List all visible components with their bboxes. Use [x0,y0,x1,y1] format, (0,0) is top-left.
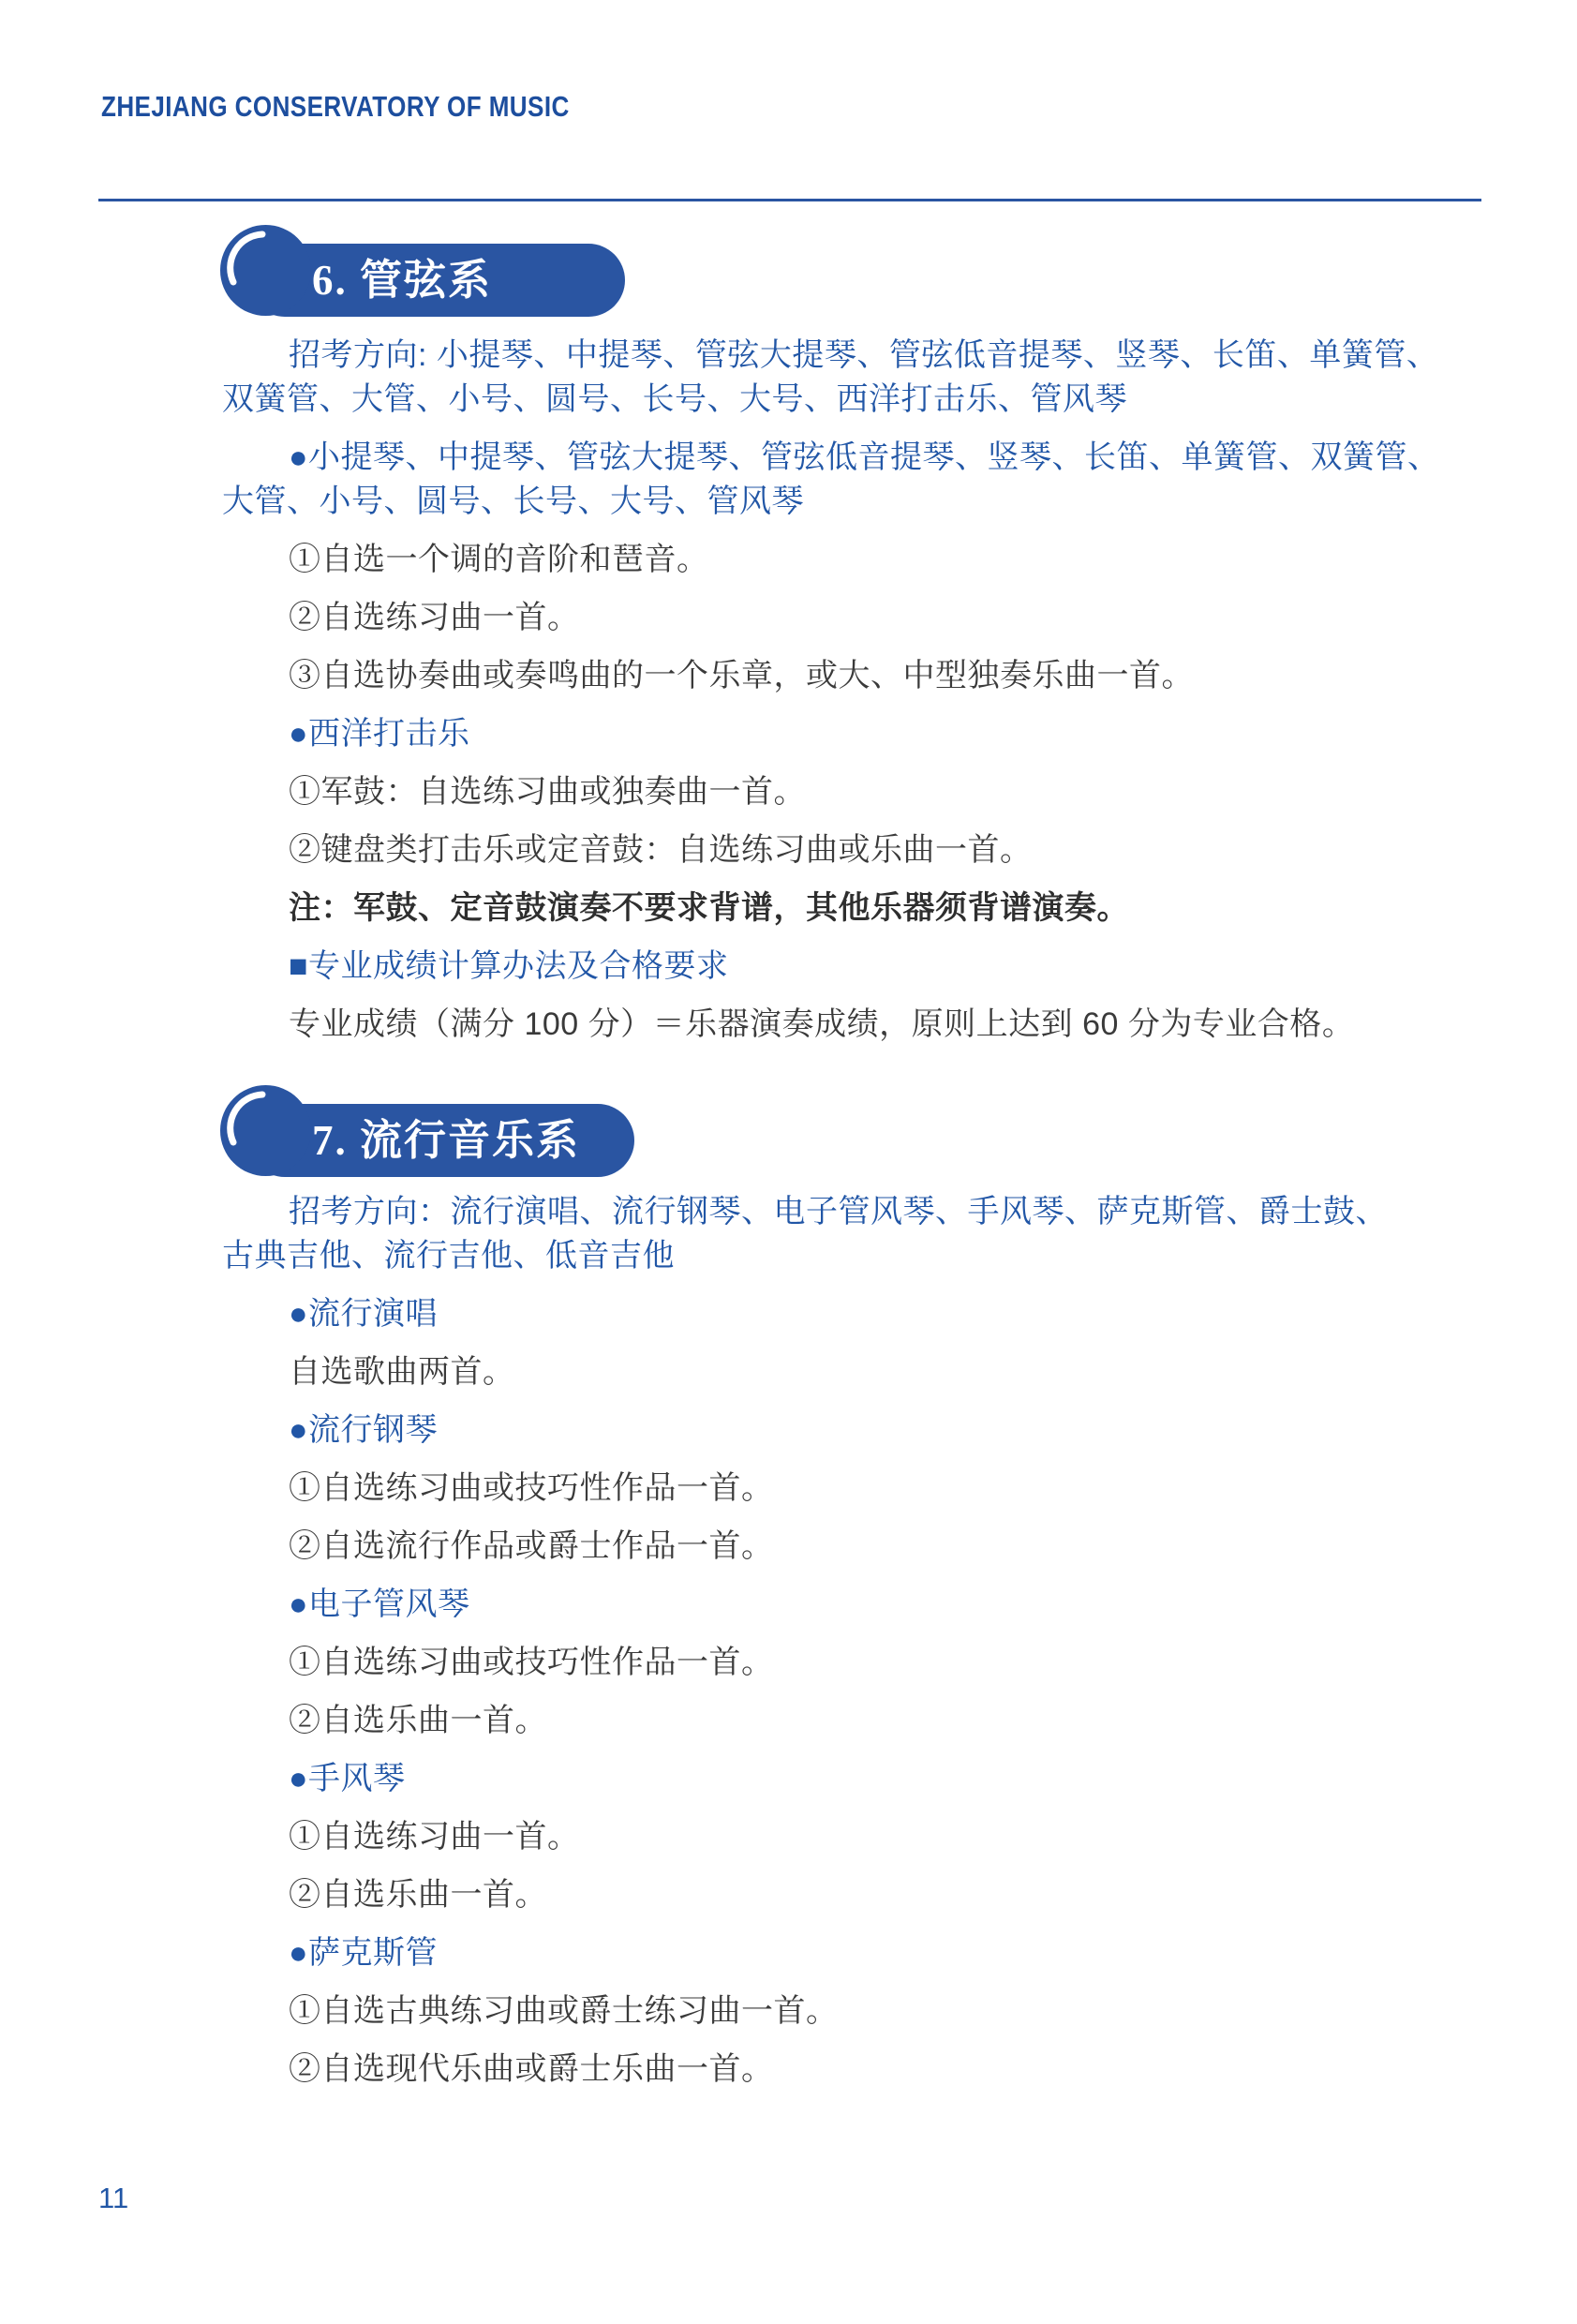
bullet-heading: ●手风琴 [222,1757,1534,1801]
bullet-heading: ●小提琴、中提琴、管弦大提琴、管弦低音提琴、竖琴、长笛、单簧管、双簧管、 大管、… [222,436,1534,524]
score-rule-heading: ■专业成绩计算办法及合格要求 [222,945,1534,989]
bullet-heading: ●流行钢琴 [222,1408,1534,1452]
header-divider [98,199,1481,201]
header-title: ZHEJIANG CONSERVATORY OF MUSIC [101,90,570,124]
requirement-item: ①自选练习曲或技巧性作品一首。 [222,1467,1534,1511]
requirement-item: ②自选流行作品或爵士作品一首。 [222,1525,1534,1569]
page-number: 11 [98,2183,128,2212]
requirement-item: ②自选练习曲一首。 [222,596,1534,640]
requirement-item: ①自选练习曲或技巧性作品一首。 [222,1641,1534,1685]
requirement-item: ①自选古典练习曲或爵士练习曲一首。 [222,1989,1534,2033]
requirement-item: ②键盘类打击乐或定音鼓：自选练习曲或乐曲一首。 [222,828,1534,872]
requirement-item: 自选歌曲两首。 [222,1350,1534,1394]
admission-directions: 招考方向: 小提琴、中提琴、管弦大提琴、管弦低音提琴、竖琴、长笛、单簧管、 双簧… [222,334,1534,422]
section-7-content: 招考方向：流行演唱、流行钢琴、电子管风琴、手风琴、萨克斯管、爵士鼓、 古典吉他、… [222,1190,1534,2106]
section-6-content: 招考方向: 小提琴、中提琴、管弦大提琴、管弦低音提琴、竖琴、长笛、单簧管、 双簧… [222,334,1534,1061]
admission-directions: 招考方向：流行演唱、流行钢琴、电子管风琴、手风琴、萨克斯管、爵士鼓、 古典吉他、… [222,1190,1534,1278]
bullet-heading: ●萨克斯管 [222,1931,1534,1975]
requirement-item: ①自选练习曲一首。 [222,1815,1534,1859]
section-6-badge: 6. 管弦系 [220,225,642,319]
bullet-heading: ●西洋打击乐 [222,712,1534,756]
requirement-item: ①自选一个调的音阶和琶音。 [222,538,1534,582]
badge-shine-icon [220,1085,311,1176]
bullet-heading: ●电子管风琴 [222,1583,1534,1627]
badge-shine-icon [220,225,311,316]
requirement-item: ③自选协奏曲或奏鸣曲的一个乐章，或大、中型独奏乐曲一首。 [222,654,1534,698]
requirement-item: ①军鼓：自选练习曲或独奏曲一首。 [222,770,1534,814]
score-rule-text: 专业成绩（满分 100 分）＝乐器演奏成绩，原则上达到 60 分为专业合格。 [222,1003,1534,1047]
requirement-item: ②自选现代乐曲或爵士乐曲一首。 [222,2048,1534,2092]
document-page: ZHEJIANG CONSERVATORY OF MUSIC 6. 管弦系 招考… [0,0,1577,2324]
bullet-heading: ●流行演唱 [222,1292,1534,1336]
requirement-item: ②自选乐曲一首。 [222,1873,1534,1917]
section-7-badge: 7. 流行音乐系 [220,1085,642,1179]
note-text: 注：军鼓、定音鼓演奏不要求背谱，其他乐器须背谱演奏。 [222,886,1534,931]
requirement-item: ②自选乐曲一首。 [222,1699,1534,1743]
